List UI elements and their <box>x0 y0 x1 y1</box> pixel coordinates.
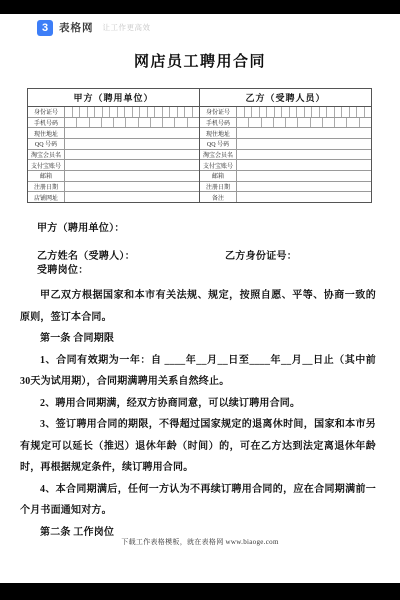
field-value-cell <box>237 139 371 149</box>
brand-tagline: 让工作更高效 <box>103 22 151 33</box>
digit-box <box>274 118 286 128</box>
field-value-cell <box>65 171 199 181</box>
digit-box <box>312 107 320 117</box>
digit-box <box>178 107 186 117</box>
top-letterbox-bar <box>0 0 400 14</box>
field-value-cell <box>65 150 199 160</box>
digit-box <box>77 118 89 128</box>
article-heading: 第一条 合同期限 <box>20 328 376 350</box>
digit-box <box>125 107 133 117</box>
clause-paragraph: 4、本合同期满后，任何一方认为不再续订聘用合同的，应在合同期满前一个月书面通知对… <box>20 479 376 522</box>
position-fill-line: 受聘岗位： <box>20 264 376 278</box>
table-row: 支付宝账号 <box>200 160 371 171</box>
digit-box <box>298 118 310 128</box>
footer-watermark: 下载工作表格模板，就在表格网 www.biaoge.com <box>0 537 400 547</box>
digit-box <box>170 107 178 117</box>
digit-box <box>163 107 171 117</box>
field-label: QQ 号码 <box>200 139 237 149</box>
table-row: 淘宝会员名 <box>200 150 371 161</box>
digit-box <box>262 118 274 128</box>
digit-box <box>188 118 199 128</box>
table-row: 手机号码 <box>28 118 199 129</box>
table-row: 邮箱 <box>28 171 199 182</box>
bottom-letterbox-bar <box>0 583 400 600</box>
party-b-fill-line: 乙方姓名（受聘人）： 乙方身份证号： <box>20 250 376 264</box>
field-label: QQ 号码 <box>28 139 65 149</box>
digit-box <box>267 107 275 117</box>
digit-box <box>155 107 163 117</box>
field-label: 支付宝账号 <box>28 160 65 170</box>
digit-box <box>139 118 151 128</box>
digit-box <box>114 118 126 128</box>
field-value-cell <box>237 107 371 117</box>
party-a-rows: 身份证号手机号码现住地址QQ 号码淘宝会员名支付宝账号邮箱注册日期店铺网址 <box>28 107 199 202</box>
table-row: 备注 <box>200 192 371 202</box>
clause-paragraph: 甲乙双方根据国家和本市有关法规、规定，按照自愿、平等、协商一致的原则，签订本合同… <box>20 285 376 328</box>
digit-box <box>65 107 73 117</box>
table-row: QQ 号码 <box>28 139 199 150</box>
digit-box <box>175 118 187 128</box>
field-label: 支付宝账号 <box>200 160 237 170</box>
brand-name: 表格网 <box>59 20 94 35</box>
table-row: 身份证号 <box>28 107 199 118</box>
digit-box <box>335 107 343 117</box>
digit-box <box>237 118 249 128</box>
table-row: 支付宝账号 <box>28 160 199 171</box>
digit-box <box>342 107 350 117</box>
clause-paragraph: 3、签订聘用合同的期限，不得超过国家规定的退离休时间，国家和本市另有规定可以延长… <box>20 414 376 479</box>
field-label: 淘宝会员名 <box>28 150 65 160</box>
digit-box <box>110 107 118 117</box>
digit-box <box>185 107 193 117</box>
field-value-cell <box>65 139 199 149</box>
digit-box <box>297 107 305 117</box>
field-value-cell <box>65 182 199 192</box>
contract-info-table: 甲方（聘用单位） 身份证号手机号码现住地址QQ 号码淘宝会员名支付宝账号邮箱注册… <box>27 88 372 203</box>
digit-box <box>102 118 114 128</box>
table-row: 店铺网址 <box>28 192 199 202</box>
field-value-cell <box>65 160 199 170</box>
field-label: 现住地址 <box>28 128 65 138</box>
field-label: 手机号码 <box>200 118 237 128</box>
digit-box <box>103 107 111 117</box>
table-row: 淘宝会员名 <box>28 150 199 161</box>
digit-box <box>282 107 290 117</box>
digit-box <box>151 118 163 128</box>
field-label: 注册日期 <box>28 182 65 192</box>
party-b-name-label: 乙方姓名（受聘人）： <box>37 251 135 262</box>
digit-box <box>275 107 283 117</box>
party-a-column: 甲方（聘用单位） 身份证号手机号码现住地址QQ 号码淘宝会员名支付宝账号邮箱注册… <box>28 89 199 202</box>
blank-line <box>20 236 376 250</box>
digit-box <box>140 107 148 117</box>
field-value-cell <box>237 171 371 181</box>
biaoge-logo-icon: 3 <box>37 20 53 36</box>
digit-box <box>252 107 260 117</box>
digit-box <box>260 107 268 117</box>
digit-box <box>311 118 323 128</box>
digit-box <box>290 107 298 117</box>
digit-box <box>245 107 253 117</box>
party-a-fill-line: 甲方（聘用单位）： <box>20 222 376 236</box>
party-a-header: 甲方（聘用单位） <box>28 89 199 107</box>
field-label: 现住地址 <box>200 128 237 138</box>
digit-box <box>249 118 261 128</box>
field-value-cell <box>65 192 199 202</box>
table-row: 现住地址 <box>28 128 199 139</box>
digit-box <box>65 118 77 128</box>
document-title: 网店员工聘用合同 <box>0 50 400 71</box>
digit-box <box>365 107 372 117</box>
field-label: 手机号码 <box>28 118 65 128</box>
digit-box <box>118 107 126 117</box>
field-value-cell <box>65 128 199 138</box>
field-value-cell <box>65 107 199 117</box>
table-row: 手机号码 <box>200 118 371 129</box>
field-value-cell <box>237 150 371 160</box>
field-value-cell <box>65 118 199 128</box>
field-label: 淘宝会员名 <box>200 150 237 160</box>
party-b-rows: 身份证号手机号码现住地址QQ 号码淘宝会员名支付宝账号邮箱注册日期备注 <box>200 107 371 202</box>
party-fill-lines: 甲方（聘用单位）： 乙方姓名（受聘人）： 乙方身份证号： 受聘岗位： <box>20 222 376 278</box>
field-value-cell <box>237 118 371 128</box>
field-label: 身份证号 <box>200 107 237 117</box>
digit-box <box>286 118 298 128</box>
brand-header: 3 表格网 让工作更高效 <box>37 19 151 36</box>
field-value-cell <box>237 160 371 170</box>
table-row: 注册日期 <box>28 182 199 193</box>
table-row: 注册日期 <box>200 182 371 193</box>
digit-box <box>320 107 328 117</box>
party-b-id-label: 乙方身份证号： <box>225 250 297 264</box>
digit-box <box>327 107 335 117</box>
contract-clauses: 甲乙双方根据国家和本市有关法规、规定，按照自愿、平等、协商一致的原则，签订本合同… <box>20 285 376 543</box>
table-row: 邮箱 <box>200 171 371 182</box>
digit-box <box>335 118 347 128</box>
digit-box <box>357 107 365 117</box>
table-row: QQ 号码 <box>200 139 371 150</box>
field-label: 备注 <box>200 192 237 202</box>
table-row: 现住地址 <box>200 128 371 139</box>
digit-box <box>323 118 335 128</box>
field-value-cell <box>237 182 371 192</box>
digit-box <box>88 107 96 117</box>
digit-box <box>80 107 88 117</box>
field-label: 注册日期 <box>200 182 237 192</box>
clause-paragraph: 1、合同有效期为一年：自 ____年__月__日至____年__月__日止（其中… <box>20 350 376 393</box>
digit-box <box>347 118 359 128</box>
field-value-cell <box>237 192 371 202</box>
digit-box <box>126 118 138 128</box>
digit-box <box>133 107 141 117</box>
digit-box <box>350 107 358 117</box>
field-label: 邮箱 <box>28 171 65 181</box>
party-b-column: 乙方（受聘人员） 身份证号手机号码现住地址QQ 号码淘宝会员名支付宝账号邮箱注册… <box>199 89 371 202</box>
digit-box <box>360 118 371 128</box>
field-label: 邮箱 <box>200 171 237 181</box>
digit-box <box>305 107 313 117</box>
digit-box <box>163 118 175 128</box>
clause-paragraph: 2、聘用合同期满，经双方协商同意，可以续订聘用合同。 <box>20 393 376 415</box>
digit-box <box>95 107 103 117</box>
digit-box <box>73 107 81 117</box>
party-b-header: 乙方（受聘人员） <box>200 89 371 107</box>
digit-box <box>237 107 245 117</box>
digit-box <box>90 118 102 128</box>
field-label: 身份证号 <box>28 107 65 117</box>
table-row: 身份证号 <box>200 107 371 118</box>
field-label: 店铺网址 <box>28 192 65 202</box>
field-value-cell <box>237 128 371 138</box>
digit-box <box>148 107 156 117</box>
